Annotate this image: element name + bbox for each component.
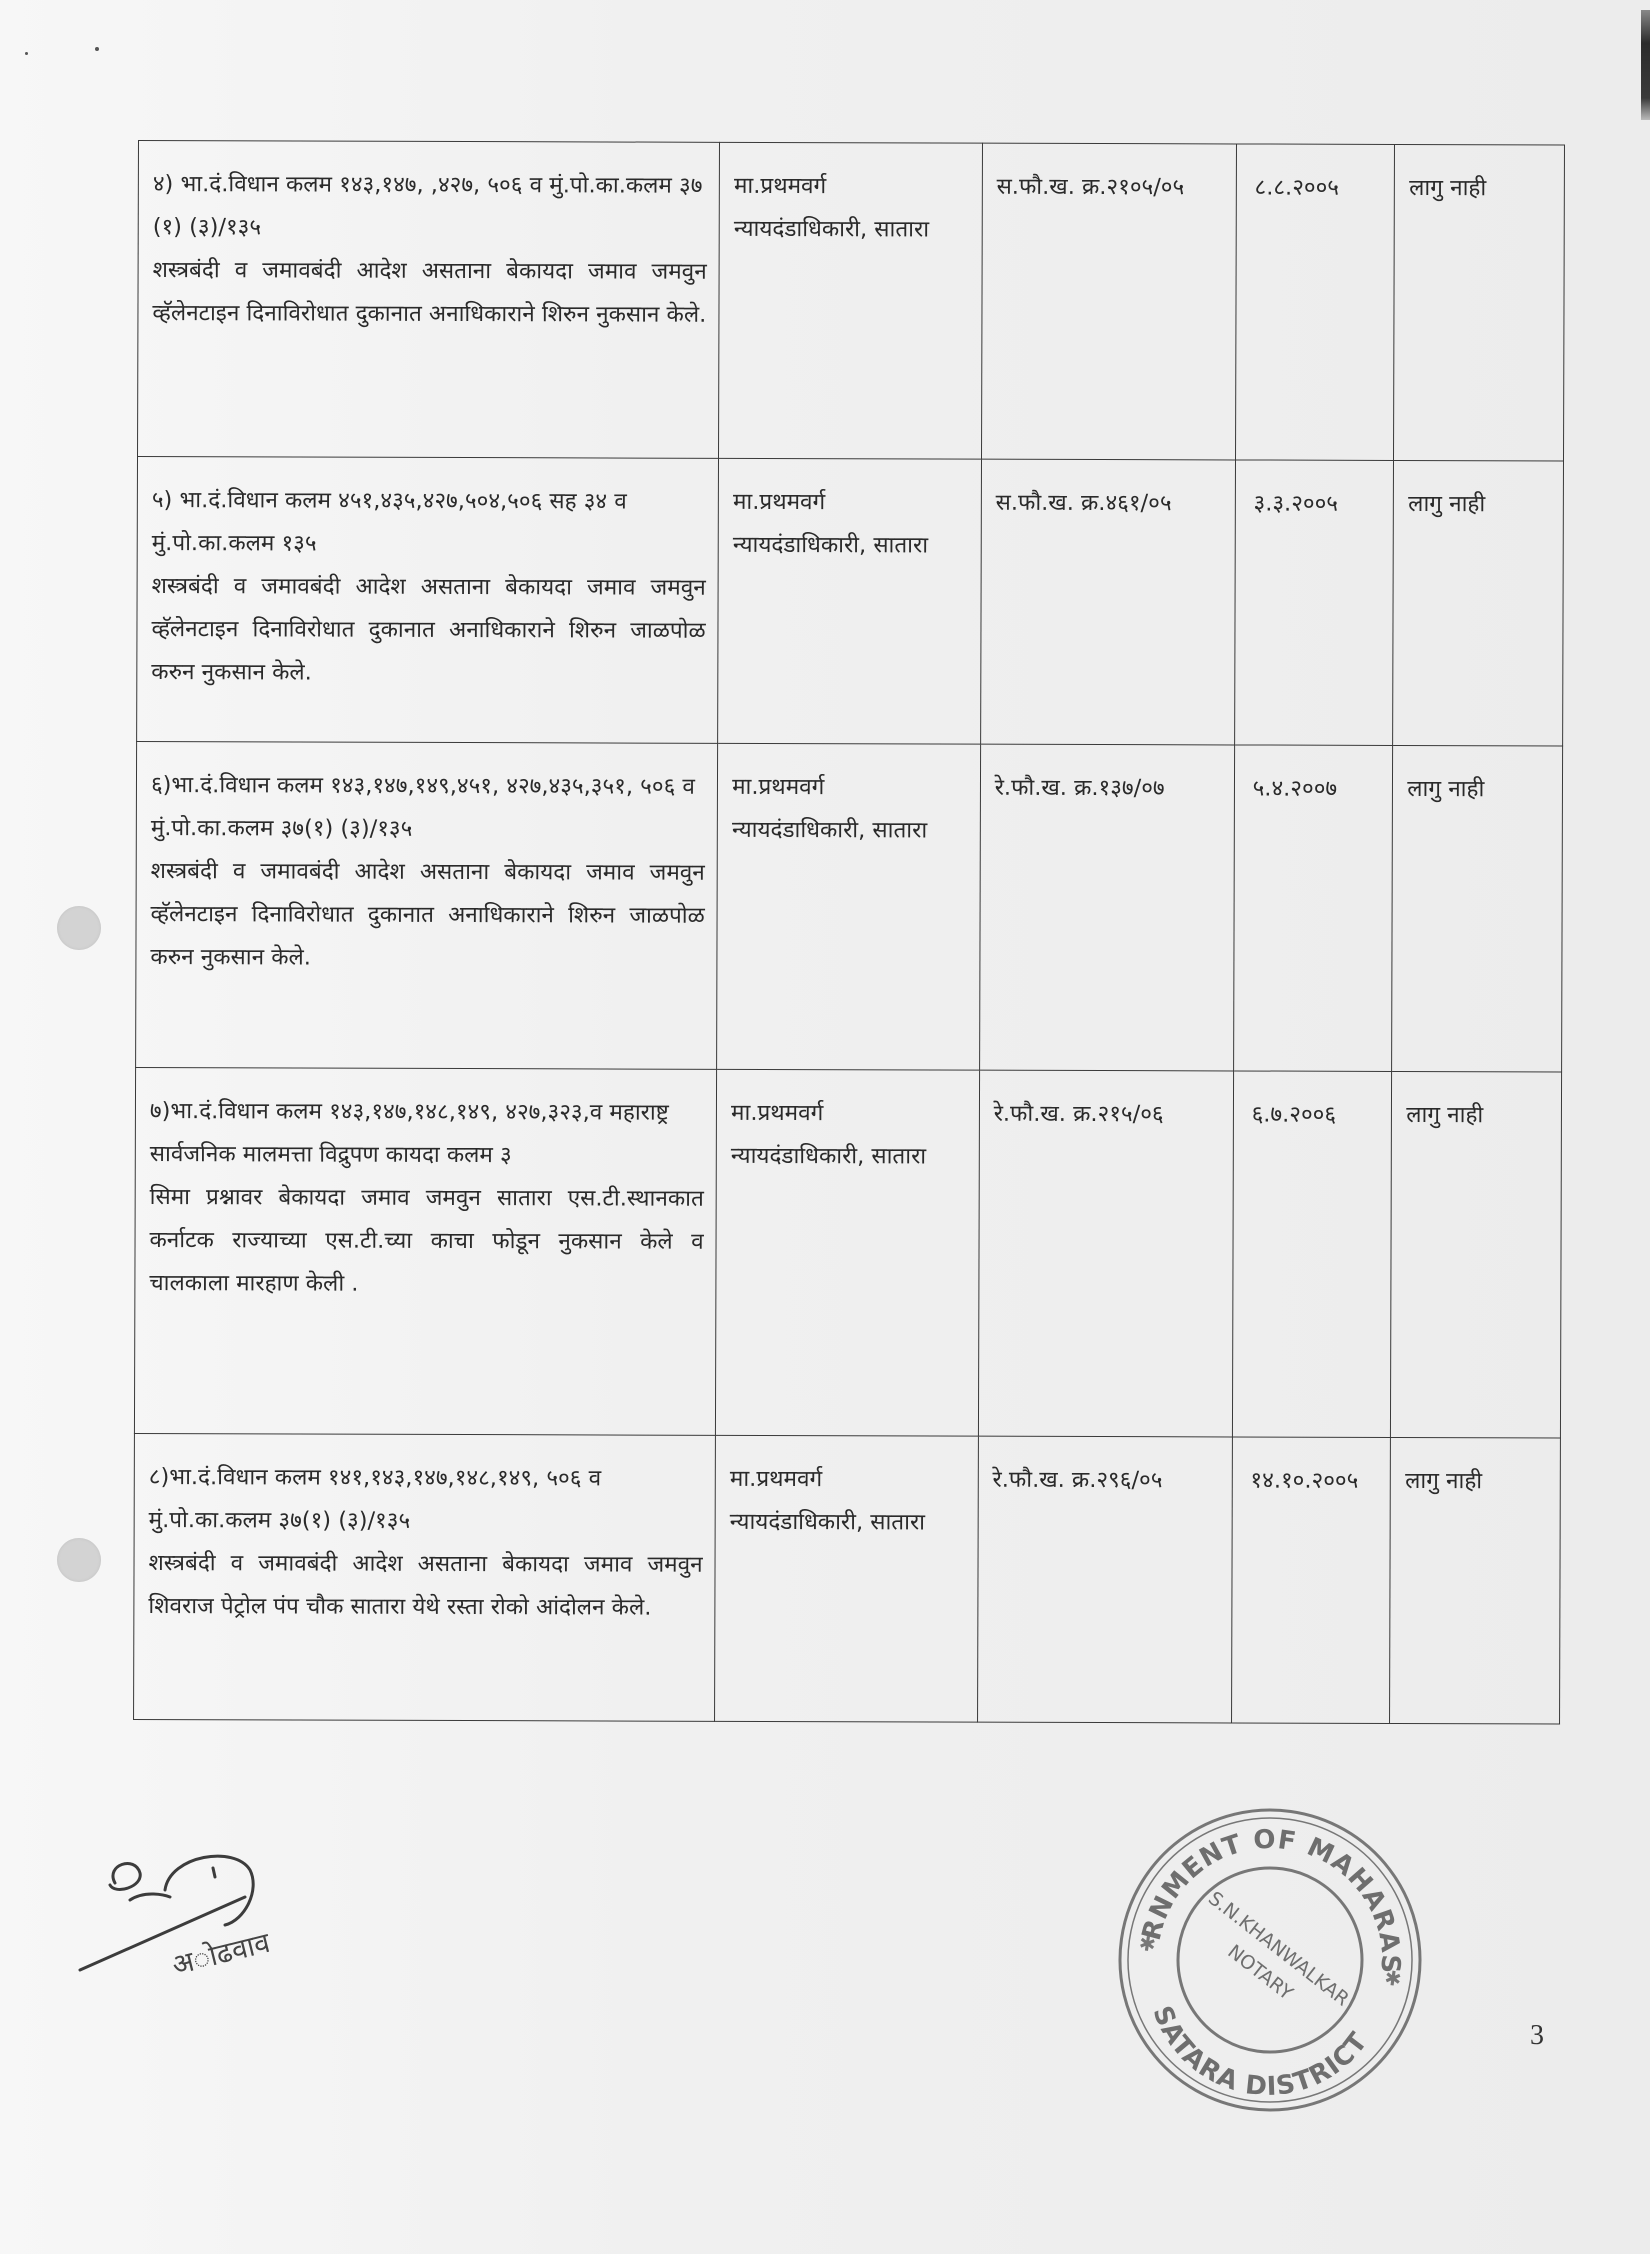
offense-sections: ४) भा.दं.विधान कलम १४३,१४७, ,४२७, ५०६ व … [153,163,707,251]
offense-cell: ५) भा.दं.विधान कलम ४५१,४३५,४२७,५०४,५०६ स… [137,457,719,744]
court-title: मा.प्रथमवर्ग [733,481,969,525]
date-cell: ३.३.२००५ [1234,460,1394,745]
court-location: न्यायदंडाधिकारी, सातारा [732,809,968,853]
date-cell: ५.४.२००७ [1233,745,1393,1071]
status-cell: लागु नाही [1392,745,1563,1072]
offense-description: शस्त्रबंदी व जमावबंदी आदेश असताना बेकायद… [150,850,705,981]
offense-sections: ७)भा.दं.विधान कलम १४३,१४७,१४८,१४९, ४२७,३… [150,1090,704,1178]
offense-sections: ५) भा.दं.विधान कलम ४५१,४३५,४२७,५०४,५०६ स… [152,479,706,567]
offense-cell: ६)भा.दं.विधान कलम १४३,१४७,१४९,४५१, ४२७,४… [136,741,718,1069]
offense-cell: ४) भा.दं.विधान कलम १४३,१४७, ,४२७, ५०६ व … [138,141,720,459]
case-number-cell: रे.फौ.ख. क्र.२१५/०६ [978,1070,1233,1437]
status-cell: लागु नाही [1393,460,1564,746]
table-row: ८)भा.दं.विधान कलम १४१,१४३,१४७,१४८,१४९, ५… [134,1433,1561,1723]
case-number-cell: स.फौ.ख. क्र.२१०५/०५ [981,143,1236,460]
signature-note: अोढवाव [169,1926,274,1982]
offense-cell: ७)भा.दं.विधान कलम १४३,१४७,१४८,१४९, ४२७,३… [134,1067,716,1435]
page-number: 3 [1530,2020,1544,2052]
status-cell: लागु नाही [1390,1437,1561,1724]
court-cell: मा.प्रथमवर्ग न्यायदंडाधिकारी, सातारा [715,1435,979,1722]
court-location: न्यायदंडाधिकारी, सातारा [730,1501,966,1545]
punch-hole [57,906,101,950]
court-cell: मा.प्रथमवर्ग न्यायदंडाधिकारी, सातारा [717,743,981,1070]
date-cell: ६.७.२००६ [1232,1071,1392,1437]
date-cell: ८.८.२००५ [1235,144,1395,460]
punch-hole [57,1538,101,1582]
table-row: ७)भा.दं.विधान कलम १४३,१४७,१४८,१४९, ४२७,३… [134,1067,1561,1437]
table-row: ६)भा.दं.विधान कलम १४३,१४७,१४९,४५१, ४२७,४… [136,741,1563,1071]
court-location: न्यायदंडाधिकारी, सातारा [733,524,969,568]
status-cell: लागु नाही [1391,1071,1562,1438]
handwritten-signature: अोढवाव [75,1835,335,2005]
case-number-cell: रे.फौ.ख. क्र.२९६/०५ [977,1436,1232,1723]
case-records-table: ४) भा.दं.विधान कलम १४३,१४७, ,४२७, ५०६ व … [133,140,1565,1724]
court-location: न्यायदंडाधिकारी, सातारा [731,1135,967,1179]
notary-stamp: GOVERNMENT OF MAHARASHTRA SATARA DISTRIC… [1089,1779,1450,2140]
offense-description: शस्त्रबंदी व जमावबंदी आदेश असताना बेकायद… [148,1542,702,1630]
date-cell: १४.१०.२००५ [1231,1437,1391,1723]
scan-edge-shadow [1641,10,1650,120]
offense-sections: ८)भा.दं.विधान कलम १४१,१४३,१४७,१४८,१४९, ५… [149,1456,703,1544]
court-title: मा.प्रथमवर्ग [730,1458,966,1502]
court-location: न्यायदंडाधिकारी, सातारा [734,208,970,252]
offense-description: शस्त्रबंदी व जमावबंदी आदेश असताना बेकायद… [152,249,706,337]
court-cell: मा.प्रथमवर्ग न्यायदंडाधिकारी, सातारा [716,1069,980,1436]
star-icon: ✱ [1137,1931,1157,1957]
court-title: मा.प्रथमवर्ग [731,1092,967,1136]
status-cell: लागु नाही [1394,144,1565,461]
stamp-outer-bottom-text: SATARA DISTRICT [1136,1998,1376,2117]
offense-sections: ६)भा.दं.विधान कलम १४३,१४७,१४९,४५१, ४२७,४… [151,764,705,852]
scan-speck [95,47,99,51]
offense-cell: ८)भा.दं.विधान कलम १४१,१४३,१४७,१४८,१४९, ५… [134,1433,716,1721]
svg-text:SATARA DISTRICT: SATARA DISTRICT [1136,1998,1376,2117]
court-title: मा.प्रथमवर्ग [734,165,970,209]
case-number-cell: स.फौ.ख. क्र.४६१/०५ [980,459,1235,745]
court-title: मा.प्रथमवर्ग [732,766,968,810]
table-row: ४) भा.दं.विधान कलम १४३,१४७, ,४२७, ५०६ व … [138,141,1565,461]
case-number-cell: रे.फौ.ख. क्र.१३७/०७ [979,744,1234,1071]
table-row: ५) भा.दं.विधान कलम ४५१,४३५,४२७,५०४,५०६ स… [137,457,1564,746]
court-cell: मा.प्रथमवर्ग न्यायदंडाधिकारी, सातारा [719,142,983,459]
scan-speck [25,52,28,55]
star-icon: ✱ [1383,1965,1403,1991]
offense-description: सिमा प्रश्नावर बेकायदा जमाव जमवुन सातारा… [149,1176,704,1307]
offense-description: शस्त्रबंदी व जमावबंदी आदेश असताना बेकायद… [151,565,706,696]
court-cell: मा.प्रथमवर्ग न्यायदंडाधिकारी, सातारा [718,458,982,744]
